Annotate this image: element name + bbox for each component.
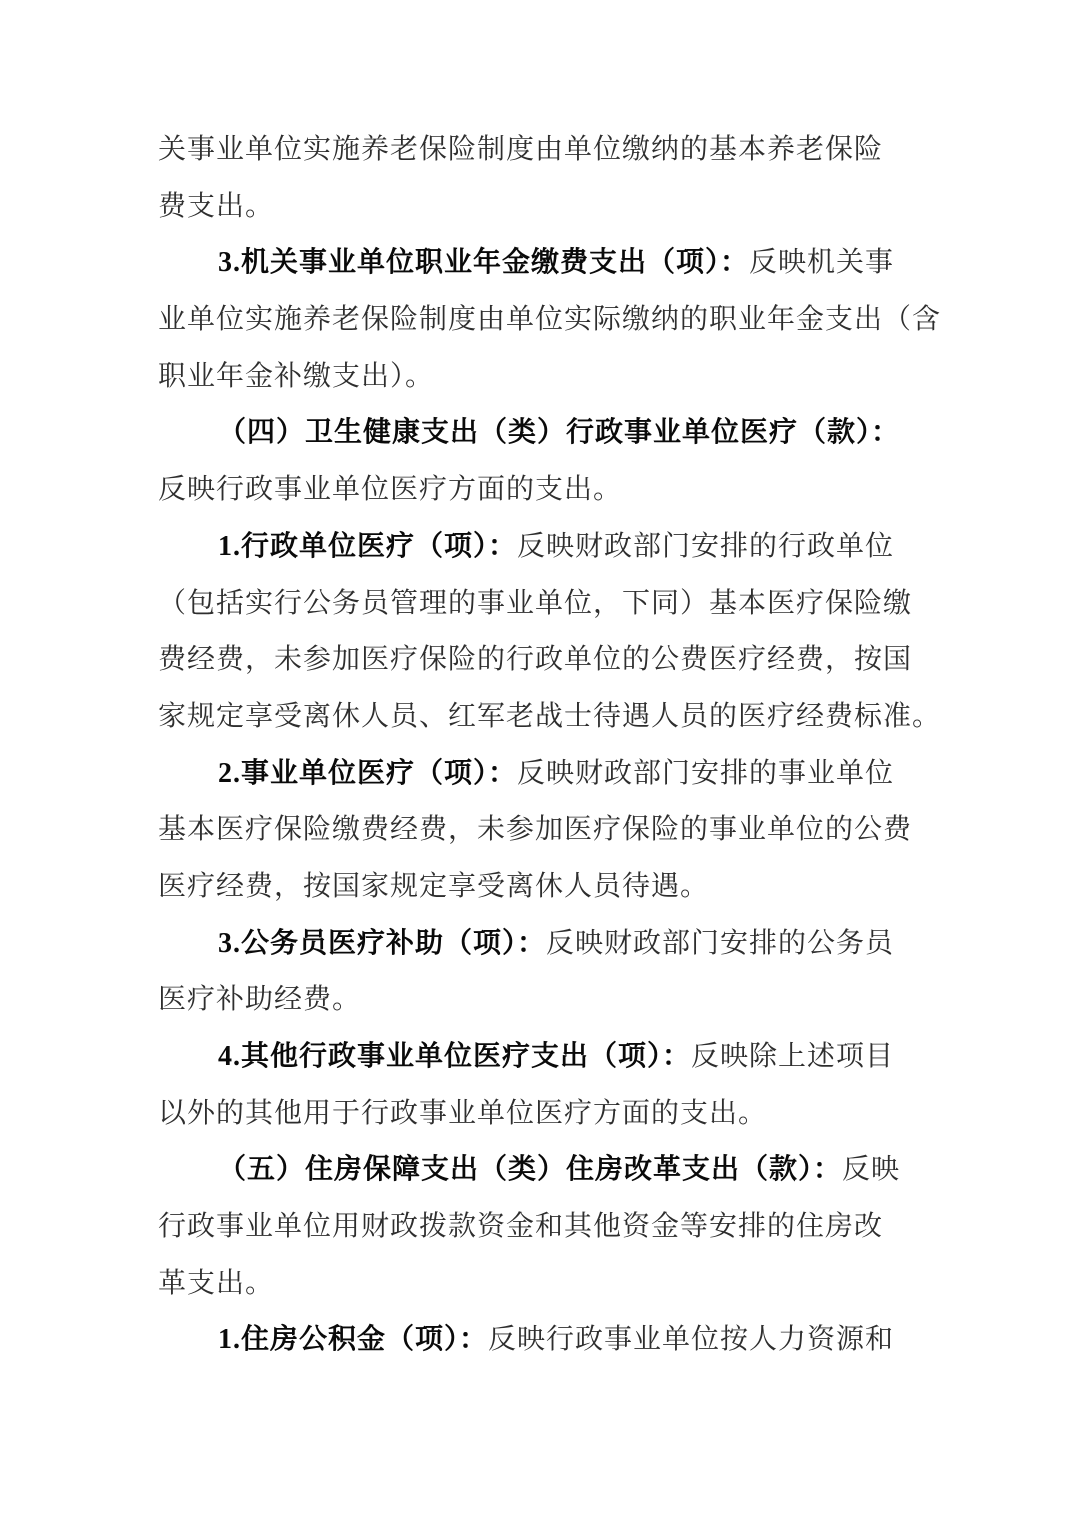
document-line: 4.其他行政事业单位医疗支出（项）：反映除上述项目 <box>158 1029 948 1086</box>
line-text: 家规定享受离休人员、红军老战士待遇人员的医疗经费标准。 <box>158 701 941 732</box>
document-line: 2.事业单位医疗（项）：反映财政部门安排的事业单位 <box>158 746 948 803</box>
document-line: 关事业单位实施养老保险制度由单位缴纳的基本养老保险 <box>158 122 948 179</box>
document-line: 医疗补助经费。 <box>158 972 948 1029</box>
document-line: 业单位实施养老保险制度由单位实际缴纳的职业年金支出（含 <box>158 292 948 349</box>
line-bold-text: 4.其他行政事业单位医疗支出（项）： <box>218 1041 691 1072</box>
line-text: 费支出。 <box>158 191 274 222</box>
line-bold-text: 2.事业单位医疗（项）： <box>218 758 517 789</box>
line-text: 反映行政事业单位医疗方面的支出。 <box>158 474 622 505</box>
document-line: 3.机关事业单位职业年金缴费支出（项）：反映机关事 <box>158 235 948 292</box>
line-text: 业单位实施养老保险制度由单位实际缴纳的职业年金支出（含 <box>158 304 941 335</box>
line-bold-text: （四）卫生健康支出（类）行政事业单位医疗（款）： <box>218 417 900 448</box>
document-line: 医疗经费，按国家规定享受离休人员待遇。 <box>158 859 948 916</box>
document-line: （包括实行公务员管理的事业单位，下同）基本医疗保险缴 <box>158 576 948 633</box>
document-line: 行政事业单位用财政拨款资金和其他资金等安排的住房改 <box>158 1199 948 1256</box>
line-text: 医疗经费，按国家规定享受离休人员待遇。 <box>158 871 709 902</box>
line-text: 革支出。 <box>158 1268 274 1299</box>
line-bold-text: 3.公务员医疗补助（项）： <box>218 928 546 959</box>
line-text: 反映行政事业单位按人力资源和 <box>488 1324 894 1355</box>
document-body: 关事业单位实施养老保险制度由单位缴纳的基本养老保险费支出。3.机关事业单位职业年… <box>158 122 948 1369</box>
document-line: 职业年金补缴支出）。 <box>158 349 948 406</box>
document-line: （五）住房保障支出（类）住房改革支出（款）：反映 <box>158 1142 948 1199</box>
line-text: 反映机关事 <box>749 247 894 278</box>
line-text: 反映财政部门安排的事业单位 <box>517 758 894 789</box>
line-bold-text: （五）住房保障支出（类）住房改革支出（款）： <box>218 1154 842 1185</box>
document-line: （四）卫生健康支出（类）行政事业单位医疗（款）： <box>158 405 948 462</box>
line-bold-text: 3.机关事业单位职业年金缴费支出（项）： <box>218 247 749 278</box>
document-line: 1.住房公积金（项）：反映行政事业单位按人力资源和 <box>158 1312 948 1369</box>
document-line: 费经费，未参加医疗保险的行政单位的公费医疗经费，按国 <box>158 632 948 689</box>
line-text: 费经费，未参加医疗保险的行政单位的公费医疗经费，按国 <box>158 644 912 675</box>
document-line: 反映行政事业单位医疗方面的支出。 <box>158 462 948 519</box>
line-text: 职业年金补缴支出）。 <box>158 361 434 392</box>
line-text: 行政事业单位用财政拨款资金和其他资金等安排的住房改 <box>158 1211 883 1242</box>
document-line: 革支出。 <box>158 1256 948 1313</box>
line-text: 反映财政部门安排的行政单位 <box>517 531 894 562</box>
line-text: 反映 <box>842 1154 900 1185</box>
document-line: 家规定享受离休人员、红军老战士待遇人员的医疗经费标准。 <box>158 689 948 746</box>
line-text: 以外的其他用于行政事业单位医疗方面的支出。 <box>158 1098 767 1129</box>
line-text: 反映财政部门安排的公务员 <box>546 928 894 959</box>
line-text: 关事业单位实施养老保险制度由单位缴纳的基本养老保险 <box>158 134 883 165</box>
document-line: 费支出。 <box>158 179 948 236</box>
document-line: 基本医疗保险缴费经费，未参加医疗保险的事业单位的公费 <box>158 802 948 859</box>
document-page: 关事业单位实施养老保险制度由单位缴纳的基本养老保险费支出。3.机关事业单位职业年… <box>0 0 1074 1520</box>
line-text: 反映除上述项目 <box>691 1041 894 1072</box>
line-text: 基本医疗保险缴费经费，未参加医疗保险的事业单位的公费 <box>158 814 912 845</box>
line-text: （包括实行公务员管理的事业单位，下同）基本医疗保险缴 <box>158 588 912 619</box>
line-bold-text: 1.住房公积金（项）： <box>218 1324 488 1355</box>
document-line: 1.行政单位医疗（项）：反映财政部门安排的行政单位 <box>158 519 948 576</box>
document-line: 3.公务员医疗补助（项）：反映财政部门安排的公务员 <box>158 916 948 973</box>
document-line: 以外的其他用于行政事业单位医疗方面的支出。 <box>158 1086 948 1143</box>
line-text: 医疗补助经费。 <box>158 984 361 1015</box>
line-bold-text: 1.行政单位医疗（项）： <box>218 531 517 562</box>
